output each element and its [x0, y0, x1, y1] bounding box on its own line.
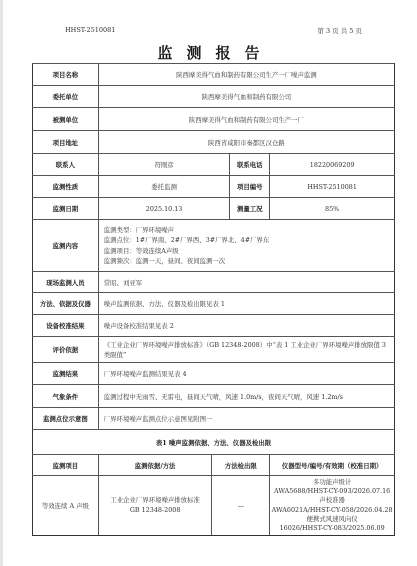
row-calibration: 设备校准结果 噪声设备校准结果见表 2: [33, 315, 395, 337]
project-address-label: 项目地址: [33, 131, 99, 154]
table1-header-limit: 方法检出限: [212, 455, 270, 476]
content-line: 监测频次：监测一天，昼间、夜间监测一次: [104, 256, 394, 267]
date-label: 监测日期: [33, 198, 99, 220]
evaluation-label: 评价依据: [33, 337, 99, 363]
instrument-line: 声校准器: [270, 496, 394, 505]
row-result: 监测结果 厂界环境噪声监测结果见表 4: [33, 363, 395, 385]
page-info: 第 3 页 共 5 页: [317, 26, 362, 35]
table1-limit: —: [212, 476, 270, 536]
phone-value: 18220069209: [270, 154, 395, 176]
project-no-value: HHST-2510081: [270, 176, 395, 198]
row-nature: 监测性质 委托监测 项目编号 HHST-2510081: [33, 176, 395, 198]
phone-label: 联系电话: [230, 154, 270, 176]
instrument-line: AWA5688/HHST-CY-093/2026.07.16: [270, 487, 394, 496]
content-line: 监测项目：等效连续A声级: [104, 246, 394, 257]
method-value: 噪声监测依据、方法、仪器及检出限见表 1: [98, 293, 394, 315]
project-no-label: 项目编号: [230, 176, 270, 198]
instrument-line: 16026/HHST-CY-083/2025.06.09: [270, 524, 394, 533]
row-date: 监测日期 2025.10.13 测量工况 85%: [33, 198, 395, 220]
personnel-value: 常昭、刘亚军: [98, 272, 394, 293]
method-label: 方法、依据及仪器: [33, 293, 99, 315]
monitored-unit-label: 被测单位: [33, 108, 99, 131]
table1-caption-row: 表1 噪声监测依据、方法、仪器及检出限: [33, 430, 395, 455]
content-line: 监测类型：厂界环境噪声: [104, 225, 394, 236]
table1-item: 等效连续 A 声级: [33, 476, 99, 536]
project-name-label: 项目名称: [33, 64, 99, 86]
table1-instruments: 多功能声级计 AWA5688/HHST-CY-093/2026.07.16 声校…: [270, 476, 395, 536]
table1-method-line: GB 12348-2008: [99, 506, 212, 516]
evaluation-value: 《工业企业厂界环境噪声排放标准》（GB 12348-2008）中“表 1 工业企…: [98, 337, 394, 363]
personnel-label: 现场监测人员: [33, 272, 99, 293]
row-personnel: 现场监测人员 常昭、刘亚军: [33, 272, 395, 293]
table1-header-instrument: 仪器型号/编号/有效期（校准日期）: [270, 455, 395, 476]
instrument-line: 多功能声级计: [270, 478, 394, 487]
client-value: 陕西摩美得气血和制药有限公司: [98, 86, 394, 108]
table1-header-method: 监测依据/方法: [98, 455, 212, 476]
content-line: 监测点位：1#厂界南、2#厂界西、3#厂界北、4#厂界东: [104, 235, 394, 246]
nature-label: 监测性质: [33, 176, 99, 198]
report-number: HHST-2510081: [65, 26, 115, 35]
point-map-value: 厂界环境噪声监测点位示意图见附图一: [98, 408, 394, 430]
client-label: 委托单位: [33, 86, 99, 108]
row-weather: 气象条件 监测过程中无雨雪、无雷电，昼间天气晴，风速 1.0m/s，夜间天气晴，…: [33, 385, 395, 408]
row-contact: 联系人 符刚彦 联系电话 18220069209: [33, 154, 395, 176]
result-value: 厂界环境噪声监测结果见表 4: [98, 363, 394, 385]
monitored-unit-value: 陕西摩美得气血和制药有限公司生产一厂: [98, 108, 394, 131]
row-client: 委托单位 陕西摩美得气血和制药有限公司: [33, 86, 395, 108]
instrument-line: AWA6021A/HHST-CY-058/2026.04.28: [270, 506, 394, 515]
nature-value: 委托监测: [98, 176, 230, 198]
table1-row: 等效连续 A 声级 工业企业厂界环境噪声排放标准 GB 12348-2008 —…: [33, 476, 395, 536]
content-label: 监测内容: [33, 220, 99, 272]
contact-label: 联系人: [33, 154, 99, 176]
table1-header-item: 监测项目: [33, 455, 99, 476]
point-map-label: 监测点位示意图: [33, 408, 99, 430]
instrument-line: 便携式风速风向仪: [270, 515, 394, 524]
project-name-value: 陕西摩美得气血和制药有限公司生产一厂噪声监测: [98, 64, 394, 86]
calibration-value: 噪声设备校准结果见表 2: [98, 315, 394, 337]
contact-value: 符刚彦: [98, 154, 230, 176]
table1-header-row: 监测项目 监测依据/方法 方法检出限 仪器型号/编号/有效期（校准日期）: [33, 455, 395, 476]
row-content: 监测内容 监测类型：厂界环境噪声 监测点位：1#厂界南、2#厂界西、3#厂界北、…: [33, 220, 395, 272]
report-title: 监测报告: [0, 42, 417, 63]
row-project-name: 项目名称 陕西摩美得气血和制药有限公司生产一厂噪声监测: [33, 64, 395, 86]
condition-label: 测量工况: [230, 198, 270, 220]
calibration-label: 设备校准结果: [33, 315, 99, 337]
row-monitored-unit: 被测单位 陕西摩美得气血和制药有限公司生产一厂: [33, 108, 395, 131]
table1-caption: 表1 噪声监测依据、方法、仪器及检出限: [33, 430, 395, 455]
content-value: 监测类型：厂界环境噪声 监测点位：1#厂界南、2#厂界西、3#厂界北、4#厂界东…: [98, 220, 394, 272]
page-edge: [0, 0, 3, 566]
row-point-map: 监测点位示意图 厂界环境噪声监测点位示意图见附图一: [33, 408, 395, 430]
report-table: 项目名称 陕西摩美得气血和制药有限公司生产一厂噪声监测 委托单位 陕西摩美得气血…: [32, 63, 395, 536]
row-method: 方法、依据及仪器 噪声监测依据、方法、仪器及检出限见表 1: [33, 293, 395, 315]
condition-value: 85%: [270, 198, 395, 220]
table1-method: 工业企业厂界环境噪声排放标准 GB 12348-2008: [98, 476, 212, 536]
row-project-address: 项目地址 陕西省咸阳市秦都区汉仓路: [33, 131, 395, 154]
table1-method-line: 工业企业厂界环境噪声排放标准: [99, 496, 212, 506]
project-address-value: 陕西省咸阳市秦都区汉仓路: [98, 131, 394, 154]
weather-value: 监测过程中无雨雪、无雷电，昼间天气晴，风速 1.0m/s，夜间天气晴，风速 1.…: [98, 385, 394, 408]
weather-label: 气象条件: [33, 385, 99, 408]
date-value: 2025.10.13: [98, 198, 230, 220]
result-label: 监测结果: [33, 363, 99, 385]
row-evaluation: 评价依据 《工业企业厂界环境噪声排放标准》（GB 12348-2008）中“表 …: [33, 337, 395, 363]
page-header: HHST-2510081 第 3 页 共 5 页: [65, 26, 362, 35]
